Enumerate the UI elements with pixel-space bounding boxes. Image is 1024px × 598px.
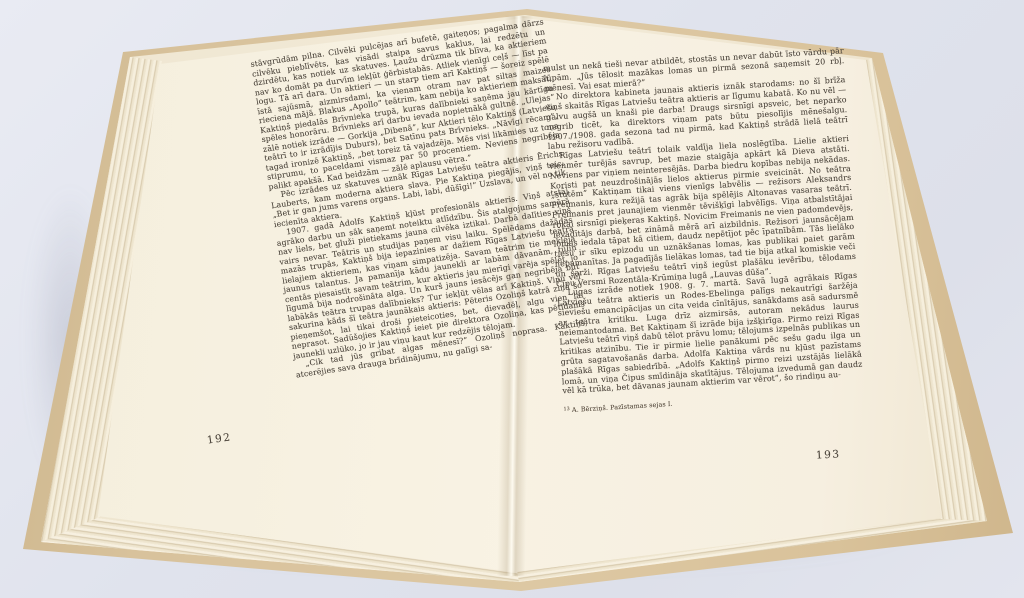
footnote-marker: 13	[563, 407, 570, 412]
photo-background: stāvgrūdām pilna. Cilvēki pulcējas arī b…	[0, 0, 1024, 598]
right-page-number: 193	[816, 448, 841, 461]
left-page-text: stāvgrūdām pilna. Cilvēki pulcējas arī b…	[250, 17, 590, 379]
right-page-text: mulst un nekā tieši nevar atbildēt, stos…	[543, 46, 864, 414]
right-paragraph: Lugas izrāde notiek 1908. g. 7. martā. S…	[556, 271, 863, 396]
right-paragraph: Rīgas Latviešu teātrī tolaik valdīja lie…	[548, 134, 857, 289]
